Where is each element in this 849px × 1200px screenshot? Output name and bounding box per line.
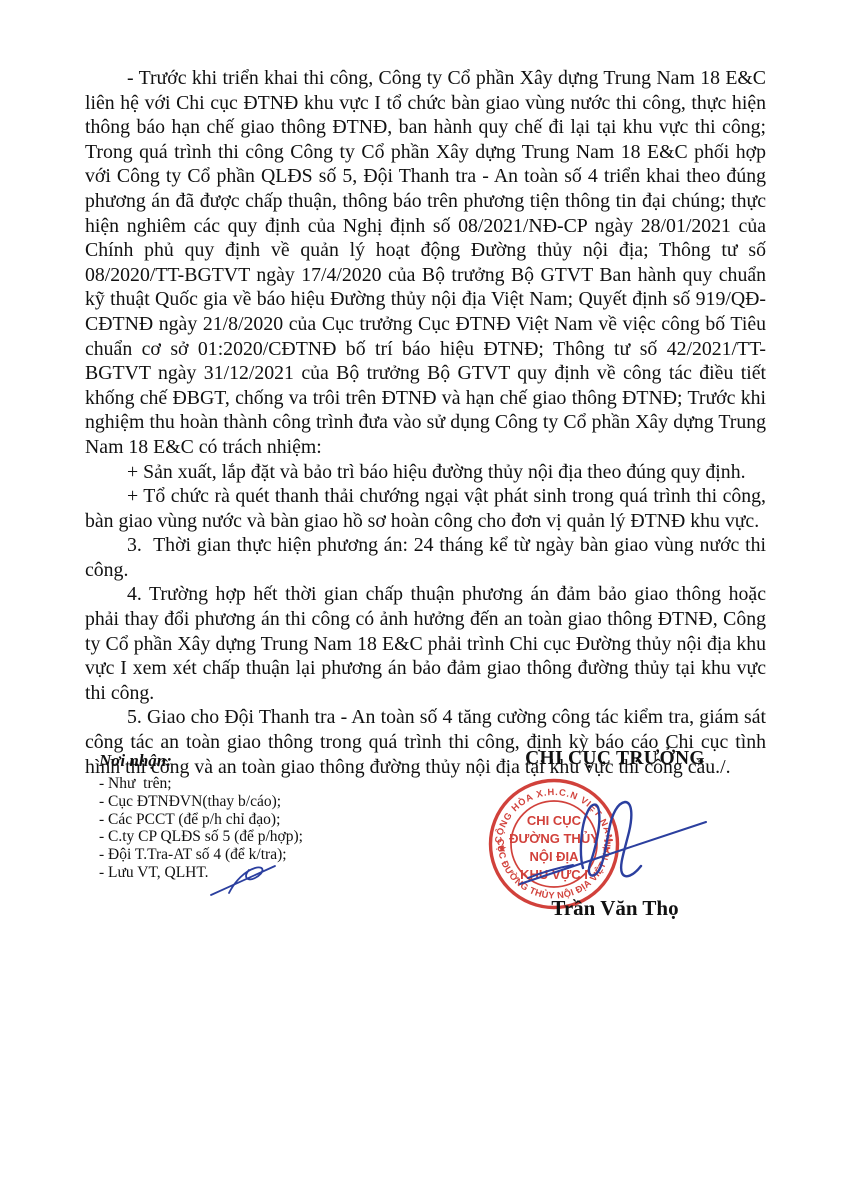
recipient-item: - Cục ĐTNĐVN(thay b/cáo);: [99, 793, 419, 811]
body-text: - Trước khi triển khai thi công, Công ty…: [85, 66, 766, 779]
recipients-title: Nơi nhận:: [99, 751, 419, 771]
paragraph: 4. Trường hợp hết thời gian chấp thuận p…: [85, 582, 766, 705]
paragraph: - Trước khi triển khai thi công, Công ty…: [85, 66, 766, 460]
paragraph: 3. Thời gian thực hiện phương án: 24 thá…: [85, 533, 766, 582]
paragraph: + Tổ chức rà quét thanh thải chướng ngại…: [85, 484, 766, 533]
signature-ink-icon: [495, 768, 720, 893]
paraph-ink-icon: [205, 853, 285, 903]
signer-name: Trần Văn Thọ: [455, 896, 775, 921]
recipient-item: - Các PCCT (để p/h chỉ đạo);: [99, 811, 419, 829]
paragraph: + Sản xuất, lắp đặt và bảo trì báo hiệu …: [85, 460, 766, 485]
document-page: - Trước khi triển khai thi công, Công ty…: [0, 0, 849, 1200]
recipient-item: - C.ty CP QLĐS số 5 (để p/hợp);: [99, 828, 419, 846]
recipient-item: - Như trên;: [99, 775, 419, 793]
